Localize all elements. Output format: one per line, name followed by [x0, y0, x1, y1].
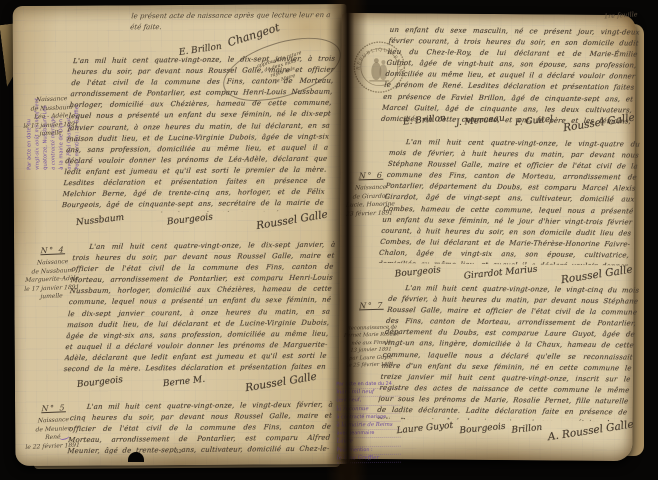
signature: F. Guitel — [514, 115, 553, 129]
signature: Bourgeois — [166, 212, 213, 227]
signature: J. Merceau — [455, 114, 505, 129]
register-page-right: 1re feuille RÉPUBLIQUE FRANÇAISE un enfa… — [338, 13, 635, 461]
signature: Girardot Marius — [463, 265, 537, 282]
register-book-scan: Par acte en date duvingt-six août mil ne… — [0, 0, 658, 480]
signature: A. Roussel Galle — [548, 418, 635, 443]
signature: Roussel Galle — [255, 209, 328, 233]
signature-row: BourgeoisBerne M.Roussel Galle — [77, 376, 317, 389]
page-catch-mark: 52 — [175, 449, 181, 455]
signature: Nussbaum — [76, 213, 125, 228]
signature-row: NussbaumBourgeoisRoussel Galle — [76, 214, 328, 228]
signature: Bourgeois — [394, 265, 441, 279]
signature: Brillon — [511, 423, 543, 436]
signature-row: BourgeoisGirardot MariusRoussel Galle — [395, 267, 633, 281]
signature: Roussel Galle — [560, 264, 633, 287]
act-body-birth-rene-continued: un enfant du sexe masculin, né ce présen… — [380, 25, 640, 129]
marriage-mention-stamp: Par acte en date du 24mars mil neufcent … — [336, 381, 401, 464]
signature: Berne M. — [162, 375, 205, 390]
register-page-left: Par acte en date duvingt-six août mil ne… — [13, 4, 350, 466]
stamp-line: le Cme Greffier — [337, 455, 401, 464]
act-body-birth-girardot: L'an mil huit cent quatre-vingt-onze, le… — [378, 137, 640, 266]
signature: E. Brillon — [403, 113, 447, 127]
signature-row: E. BrillonJ. MerceauF. GuitelRoussel Gal… — [403, 115, 635, 129]
page-edge-tear — [128, 452, 144, 462]
signature: Bourgeois — [76, 375, 123, 390]
previous-act-closing-line: le présent acte de naissance après que l… — [130, 10, 337, 33]
act-body-birth-marguerite: L'an mil huit cent quatre-vingt-onze, le… — [63, 240, 336, 377]
act-body-recognition-pernet: L'an mil huit cent quatre-vingt-onze, le… — [376, 283, 639, 422]
signature-row: Laure GuyotBourgeoisBrillonA. Roussel Ga… — [396, 423, 634, 437]
folio-label: 1re feuille — [554, 10, 638, 23]
act-body-birth-rene-start: L'an mil huit cent quatre-vingt-onze, le… — [67, 400, 333, 455]
signature: Laure Guyot — [396, 421, 453, 436]
signature: Bourgeois — [459, 422, 506, 436]
